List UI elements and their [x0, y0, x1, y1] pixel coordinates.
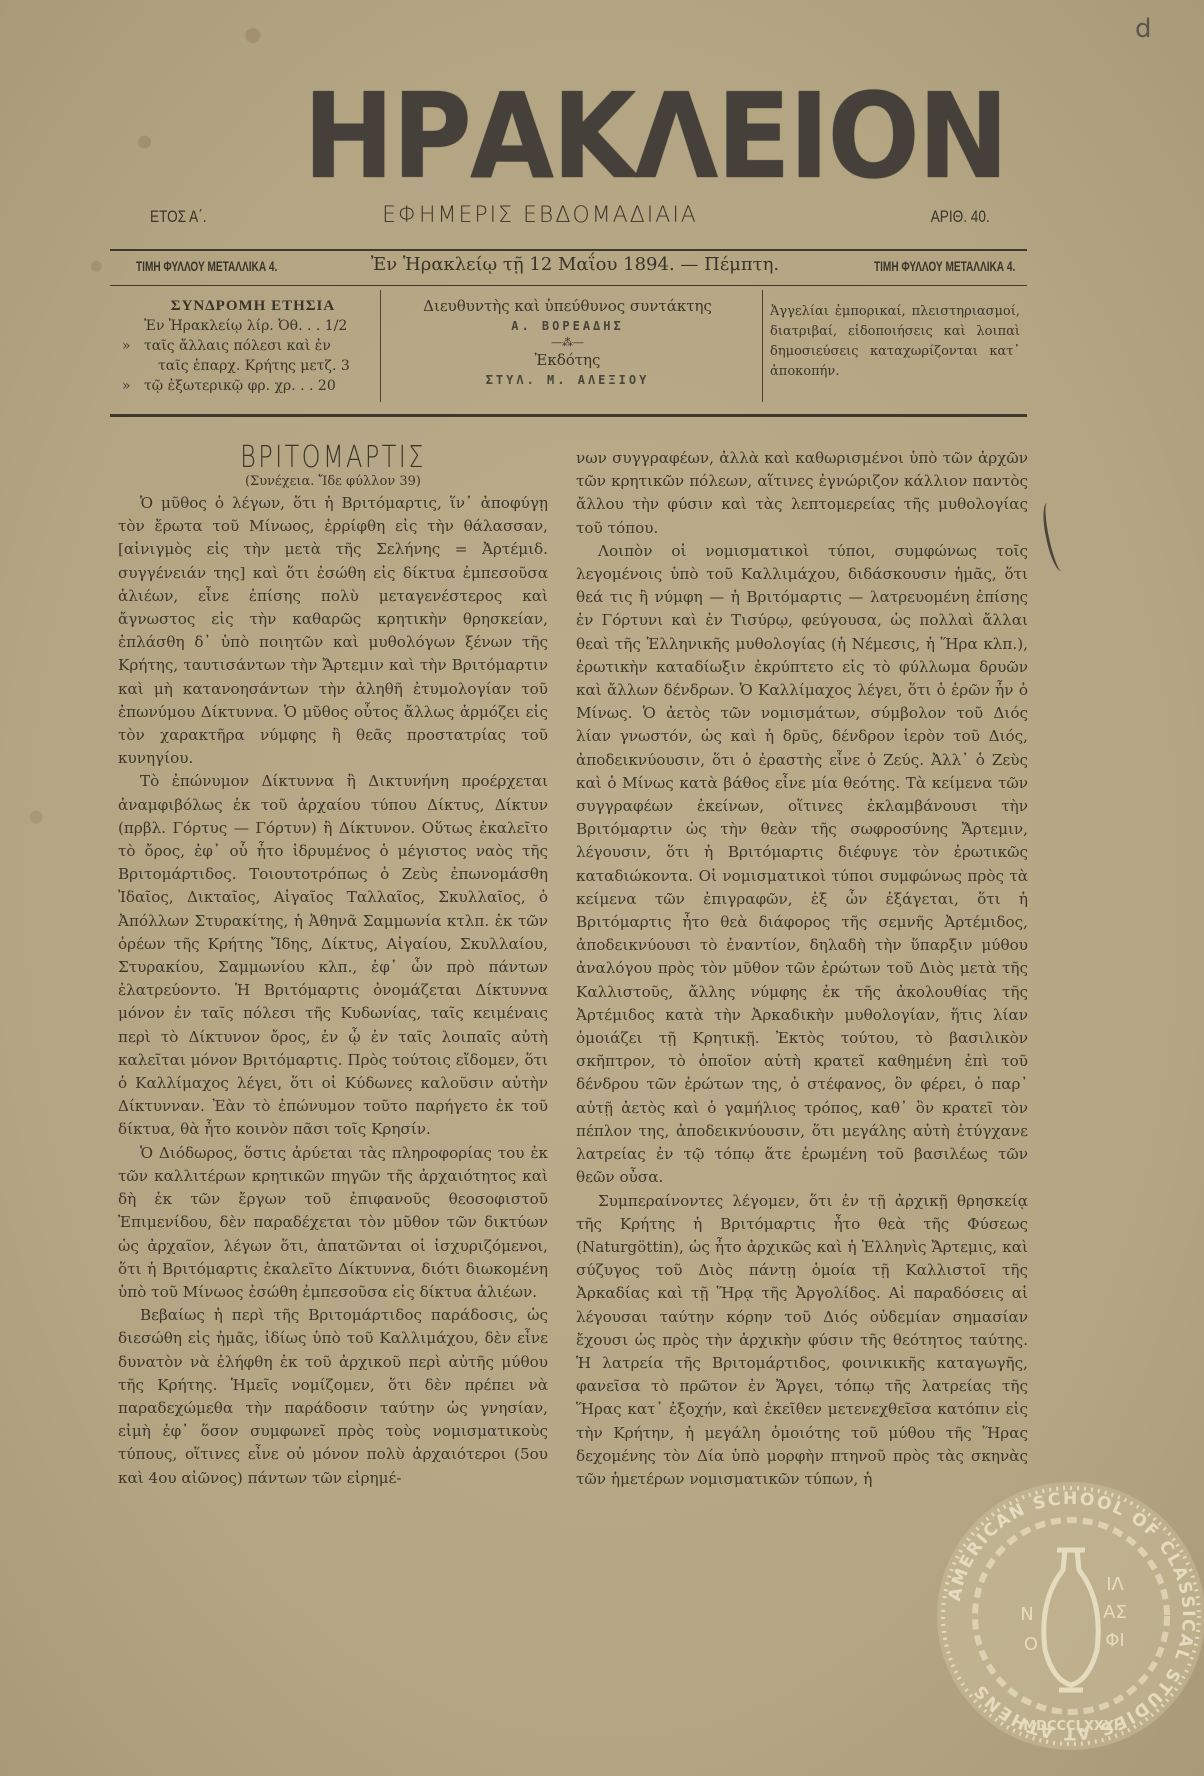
ads-notice: Ἀγγελίαι ἐμπορικαί, πλειστηριασμοί, διατ… — [770, 290, 1020, 420]
article-column-left: ΒΡΙΤΟΜΑΡΤΙΣ (Συνέχεια. Ἴδε φύλλον 39) Ὁ … — [118, 442, 548, 1490]
info-box: ΣΥΝΔΡΟΜΗ ΕΤΗΣΙΑ Ἐν Ἡρακλείῳ λίρ. Ὀθ. . .… — [110, 290, 1025, 408]
subscription-heading: ΣΥΝΔΡΟΜΗ ΕΤΗΣΙΑ — [122, 296, 384, 316]
svg-text:ΙΛ: ΙΛ — [1106, 1574, 1124, 1595]
masthead-meta-row: ΕΤΟΣ Α΄. ΕΦΗΜΕΡΙΣ ΕΒΔΟΜΑΔΙΑΙΑ ΑΡΙΘ. 40. — [140, 203, 1000, 233]
masthead-subtitle: ΕΦΗΜΕΡΙΣ ΕΒΔΟΜΑΔΙΑΙΑ — [340, 203, 740, 228]
svg-text:Ν: Ν — [1020, 1604, 1033, 1625]
divider-rule — [110, 285, 1027, 286]
director-name: Α. ΒΟΡΕΑΔΗΣ — [380, 316, 755, 336]
subscription-box: ΣΥΝΔΡΟΜΗ ΕΤΗΣΙΑ Ἐν Ἡρακλείῳ λίρ. Ὀθ. . .… — [122, 290, 384, 408]
issue-number: ΑΡΙΘ. 40. — [931, 207, 990, 227]
dateline: Ἐν Ἡρακλείῳ τῇ 12 Μαΐου 1894. — Πέμπτη. — [350, 254, 800, 275]
article-column-right: νων συγγραφέων, ἀλλὰ καὶ καθωρισμένοι ὑπ… — [576, 447, 1028, 1491]
editorial-box: Διευθυντὴς καὶ ὑπεύθυνος συντάκτης Α. ΒΟ… — [380, 290, 755, 414]
svg-text:ΑΣ: ΑΣ — [1103, 1602, 1127, 1623]
pencil-bracket-mark — [1039, 501, 1070, 573]
svg-text:Ο: Ο — [1024, 1634, 1038, 1655]
svg-text:ΦΙ: ΦΙ — [1105, 1630, 1124, 1651]
handwritten-corner-mark: d — [1135, 14, 1152, 44]
article-paragraph: Λοιπὸν οἱ νομισματικοὶ τύποι, συμφώνως τ… — [576, 540, 1028, 1190]
price-dateline-row: ΤΙΜΗ ΦΥΛΛΟΥ ΜΕΤΑΛΛΙΚΑ 4. Ἐν Ἡρακλείῳ τῇ … — [110, 252, 1025, 284]
divider-rule — [110, 249, 1027, 251]
price-left: ΤΙΜΗ ΦΥΛΛΟΥ ΜΕΤΑΛΛΙΚΑ 4. — [136, 258, 277, 274]
price-right: ΤΙΜΗ ΦΥΛΛΟΥ ΜΕΤΑΛΛΙΚΑ 4. — [874, 258, 1015, 274]
director-label: Διευθυντὴς καὶ ὑπεύθυνος συντάκτης — [380, 296, 755, 316]
article-paragraph: Συμπεραίνοντες λέγομεν, ὅτι ἐν τῇ ἀρχικῇ… — [576, 1190, 1028, 1492]
subscription-line: »ταῖς ἄλλαις πόλεσι καὶ ἐν — [122, 336, 384, 356]
newspaper-page: d ΗΡΑΚΛΕΙΟΝ ΕΤΟΣ Α΄. ΕΦΗΜΕΡΙΣ ΕΒΔΟΜΑΔΙΑΙ… — [0, 0, 1204, 1776]
article-paragraph: Ὁ Διόδωρος, ὅστις ἀρύεται τὰς πληροφορία… — [118, 1142, 548, 1304]
article-title: ΒΡΙΤΟΜΑΡΤΙΣ — [161, 442, 505, 474]
article-paragraph: Βεβαίως ἡ περὶ τῆς Βριτομάρτιδος παράδοσ… — [118, 1304, 548, 1490]
article-paragraph: Ὁ μῦθος ὁ λέγων, ὅτι ἡ Βριτόμαρτις, ἵν᾽ … — [118, 492, 548, 770]
publisher-name: ΣΤΥΛ. Μ. ΑΛΕΞΙΟΥ — [380, 370, 755, 390]
subscription-line: »τῷ ἐξωτερικῷ φρ. χρ. . . 20 — [122, 376, 384, 396]
divider-rule-thick — [110, 414, 1027, 417]
volume-year: ΕΤΟΣ Α΄. — [150, 207, 207, 227]
article-paragraph: Τὸ ἐπώνυμον Δίκτυννα ἢ Δικτυνήνη προέρχε… — [118, 770, 548, 1141]
seal-icon: AMERICAN SCHOOL OF CLASSICAL STUDIES AT … — [935, 1480, 1204, 1752]
column-divider — [762, 290, 763, 402]
archive-seal-watermark: AMERICAN SCHOOL OF CLASSICAL STUDIES AT … — [935, 1480, 1204, 1752]
masthead-title: ΗΡΑΚΛΕΙΟΝ — [303, 74, 837, 198]
publisher-label: Ἐκδότης — [380, 350, 755, 370]
ornament: —⁂— — [380, 336, 755, 350]
article-paragraph: νων συγγραφέων, ἀλλὰ καὶ καθωρισμένοι ὑπ… — [576, 447, 1028, 540]
svg-text:MDCCCLXXXI: MDCCCLXXXI — [1023, 1719, 1119, 1734]
subscription-line: Ἐν Ἡρακλείῳ λίρ. Ὀθ. . . 1/2 — [122, 316, 384, 336]
article-continuation-note: (Συνέχεια. Ἴδε φύλλον 39) — [118, 474, 548, 490]
subscription-line: ταῖς ἐπαρχ. Κρήτης μετζ. 3 — [122, 356, 384, 376]
